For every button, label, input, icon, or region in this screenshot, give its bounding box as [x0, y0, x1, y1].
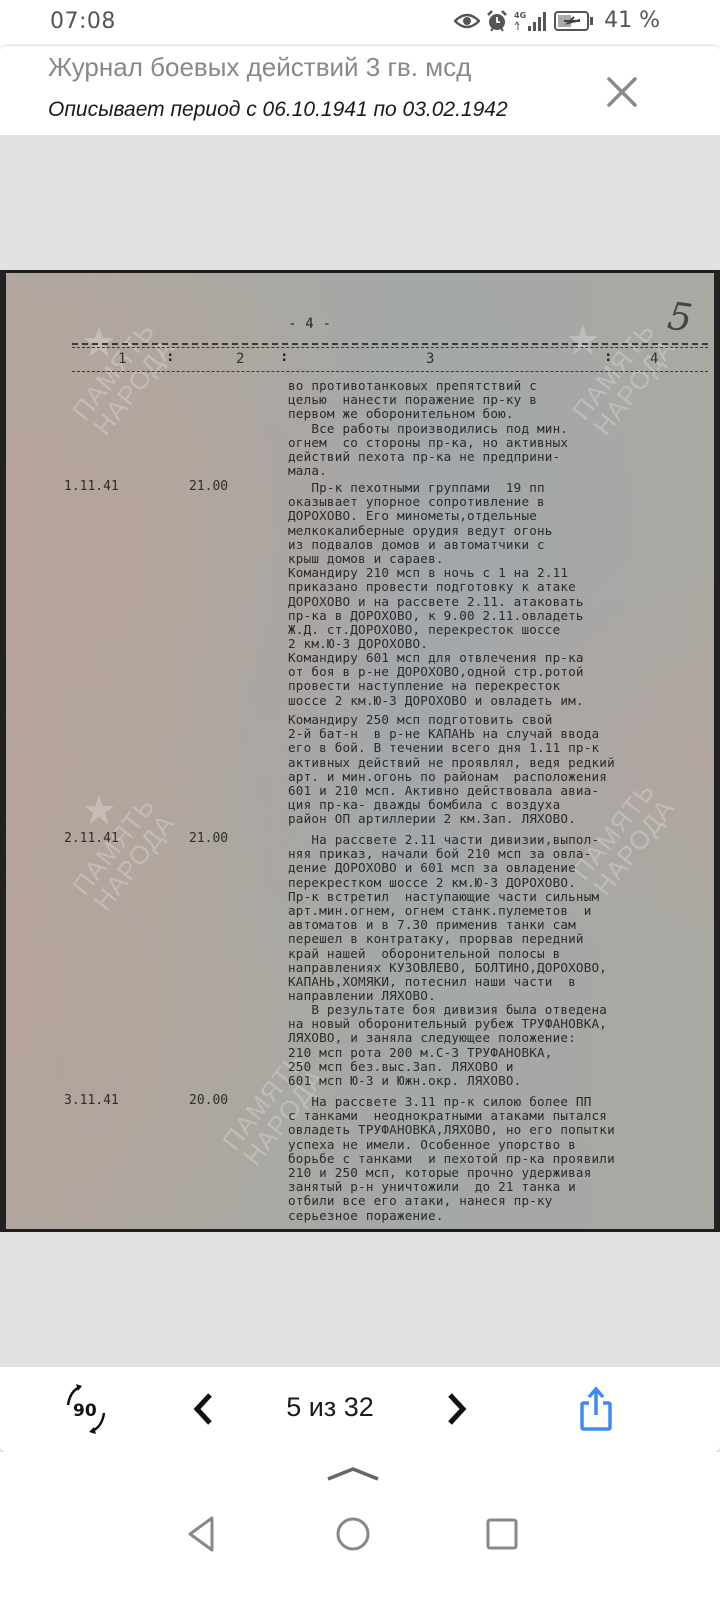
entry-text: Пр-к пехотными группами 19 пп оказывает … — [288, 481, 584, 651]
entry-date: 3.11.41 — [64, 1093, 119, 1108]
nav-recent-apps-button[interactable] — [478, 1510, 526, 1558]
share-button[interactable] — [576, 1381, 616, 1437]
next-page-button[interactable] — [440, 1387, 474, 1431]
swipe-up-handle[interactable] — [326, 1466, 380, 1482]
entry-text: На рассвете 3.11 пр-к силою более ПП с т… — [288, 1095, 615, 1223]
recent-apps-square-icon — [478, 1510, 526, 1558]
back-triangle-icon — [180, 1510, 228, 1558]
watermark-star-icon — [566, 323, 600, 357]
typed-page-number: - 4 - — [288, 317, 331, 331]
entry-date: 1.11.41 — [64, 479, 119, 494]
column-separator: : — [604, 349, 612, 365]
viewer-header: Журнал боевых действий 3 гв. мсд Описыва… — [0, 46, 720, 135]
close-icon — [604, 74, 640, 110]
image-viewer[interactable]: ПАМЯТЬ НАРОДА ПАМЯТЬ НАРОДА ПАМЯТЬ НАРОД… — [0, 135, 720, 1367]
entry-time: 21.00 — [189, 479, 228, 494]
chevron-up-icon — [326, 1466, 380, 1482]
document-period: Описывает период с 06.10.1941 по 03.02.1… — [48, 98, 508, 122]
chevron-right-icon — [445, 1392, 469, 1426]
entry-text: Командиру 601 мсп для отвлечения пр-ка о… — [288, 651, 584, 708]
4g-signal-icon: 4G — [514, 10, 548, 32]
entry-text: Командиру 250 мсп подготовить свой 2-й б… — [288, 713, 615, 827]
column-header-4: 4 — [650, 351, 658, 367]
entry-date: 2.11.41 — [64, 831, 119, 846]
status-time: 07:08 — [50, 9, 116, 34]
table-rule — [72, 371, 708, 372]
home-circle-icon — [329, 1510, 377, 1558]
nav-back-button[interactable] — [180, 1510, 228, 1558]
battery-charging-icon — [554, 10, 594, 32]
eye-icon — [454, 12, 480, 30]
battery-percent: 41 % — [604, 8, 660, 33]
table-rule — [72, 347, 708, 348]
svg-text:4G: 4G — [514, 11, 526, 20]
column-header-2: 2 — [236, 351, 244, 367]
entry-text: На рассвете 2.11 части дивизии,выпол- ня… — [288, 833, 607, 1003]
document-title: Журнал боевых действий 3 гв. мсд — [48, 52, 471, 83]
share-icon — [578, 1385, 614, 1433]
alarm-icon — [486, 10, 508, 32]
page-indicator: 5 из 32 — [0, 1392, 660, 1423]
close-button[interactable] — [604, 74, 640, 110]
document-page-image[interactable]: ПАМЯТЬ НАРОДА ПАМЯТЬ НАРОДА ПАМЯТЬ НАРОД… — [0, 270, 720, 1232]
system-navigation-bar — [0, 1452, 720, 1600]
entry-time: 20.00 — [189, 1093, 228, 1108]
column-separator: : — [166, 349, 174, 365]
entry-time: 21.00 — [189, 831, 228, 846]
column-header-1: 1 — [118, 351, 126, 367]
status-bar: 07:08 4G 41 % — [0, 0, 720, 46]
column-separator: : — [280, 349, 288, 365]
nav-home-button[interactable] — [329, 1510, 377, 1558]
status-icons: 4G 41 % — [454, 8, 660, 33]
column-header-3: 3 — [426, 351, 434, 367]
pencil-page-number: 5 — [665, 294, 695, 341]
watermark-star-icon — [82, 793, 116, 827]
entry-text: во противотанковых препятствий с целью н… — [288, 379, 568, 478]
entry-text: В результате боя дивизия была отведена н… — [288, 1003, 607, 1088]
viewer-toolbar: 90 5 из 32 — [0, 1367, 720, 1452]
table-rule — [72, 343, 708, 345]
